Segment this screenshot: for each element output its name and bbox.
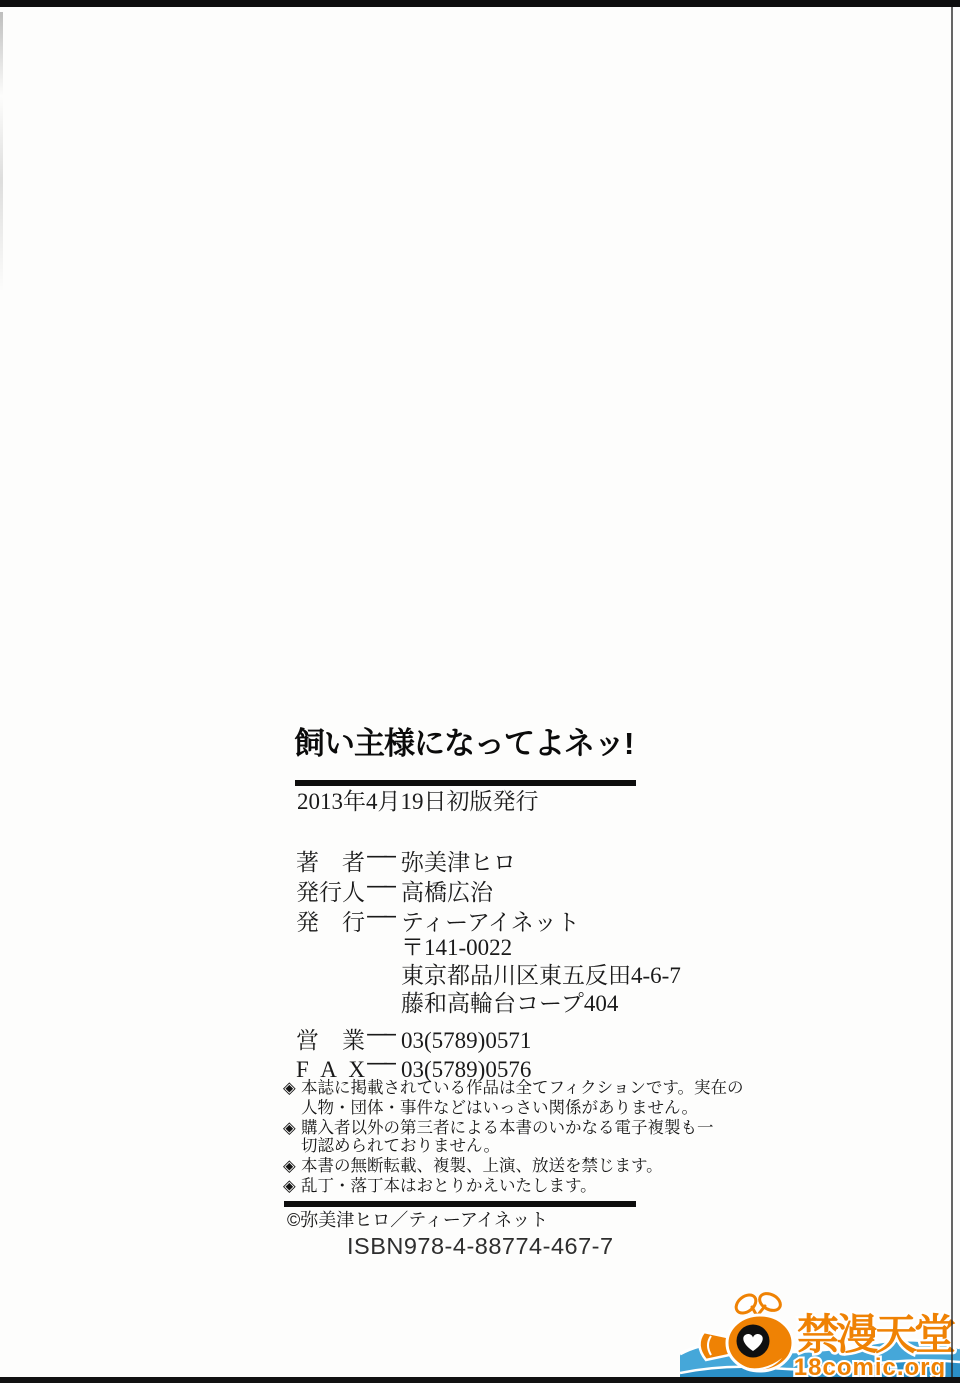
leader-dash: ——: [366, 873, 396, 900]
postal-code: 〒141-0022: [401, 934, 512, 961]
scan-edge-smudge: [0, 12, 3, 292]
copyright-line: ©弥美津ヒロ／ティーアイネット: [287, 1209, 548, 1231]
notice-line: 人物・団体・事件などはいっさい関係がありません。: [283, 1099, 698, 1118]
fish-mascot-icon: [699, 1290, 793, 1371]
diamond-bullet-icon: ◈: [283, 1157, 301, 1176]
watermark-site-name: 禁漫天堂: [797, 1311, 956, 1358]
credit-label-author: 著 者: [296, 849, 366, 876]
notice-line: ◈乱丁・落丁本はおとりかえいたします。: [283, 1177, 597, 1196]
notice-line: ◈購入者以外の第三者による本書のいかなる電子複製も一: [283, 1119, 714, 1138]
scan-edge-right: [951, 7, 953, 1377]
isbn-number: ISBN978-4-88774-467-7: [347, 1233, 614, 1260]
title-rule: [295, 780, 636, 786]
footer-rule: [284, 1201, 636, 1207]
notice-text: 乱丁・落丁本はおとりかえいたします。: [301, 1177, 597, 1195]
leader-dash: ——: [366, 843, 396, 870]
credit-value-publisher: ティーアイネット: [401, 910, 580, 935]
notice-text: 本誌に掲載されている作品は全てフィクションです。実在の: [301, 1079, 744, 1097]
credit-label-publisher-person: 発行人: [296, 879, 366, 906]
ribbon-bow-icon: [733, 1290, 784, 1316]
address-street: 東京都品川区東五反田4-6-7: [401, 962, 681, 989]
book-title: 飼い主様になってよネッ!: [294, 726, 633, 762]
credit-value-author: 弥美津ヒロ: [401, 850, 516, 875]
18comic-watermark-logo: 禁漫天堂 18comic.org: [680, 1290, 960, 1383]
notice-line: ◈本書の無断転載、複製、上演、放送を禁じます。: [283, 1157, 663, 1176]
notice-text: 本書の無断転載、複製、上演、放送を禁じます。: [301, 1157, 663, 1175]
credit-row-publisher-person: 発行人——高橋広治: [296, 873, 493, 906]
notice-text: 切認められておりません。: [301, 1137, 500, 1155]
notice-line: 切認められておりません。: [283, 1137, 500, 1156]
address-building: 藤和高輪台コープ404: [401, 990, 618, 1017]
credit-value-publisher-person: 高橋広治: [401, 880, 493, 905]
scan-edge-bottom: [0, 1377, 960, 1383]
leader-dash: ——: [366, 903, 396, 930]
diamond-bullet-icon: ◈: [283, 1177, 301, 1196]
scanned-colophon-page: 飼い主様になってよネッ! 2013年4月19日初版発行 著 者——弥美津ヒロ 発…: [0, 0, 960, 1383]
diamond-bullet-icon: ◈: [283, 1079, 301, 1098]
leader-dash: ——: [366, 1050, 396, 1077]
notice-text: 購入者以外の第三者による本書のいかなる電子複製も一: [301, 1119, 714, 1137]
notice-text: 人物・団体・事件などはいっさい関係がありません。: [301, 1099, 698, 1117]
notice-line: ◈本誌に掲載されている作品は全てフィクションです。実在の: [283, 1079, 744, 1098]
scan-edge-top: [0, 0, 960, 7]
credit-label-publisher: 発 行: [296, 909, 366, 936]
credit-row-publisher: 発 行——ティーアイネット: [296, 903, 580, 936]
credit-row-author: 著 者——弥美津ヒロ: [296, 843, 516, 876]
edition-date: 2013年4月19日初版発行: [297, 788, 539, 815]
diamond-bullet-icon: ◈: [283, 1119, 301, 1138]
leader-dash: ——: [366, 1021, 396, 1048]
